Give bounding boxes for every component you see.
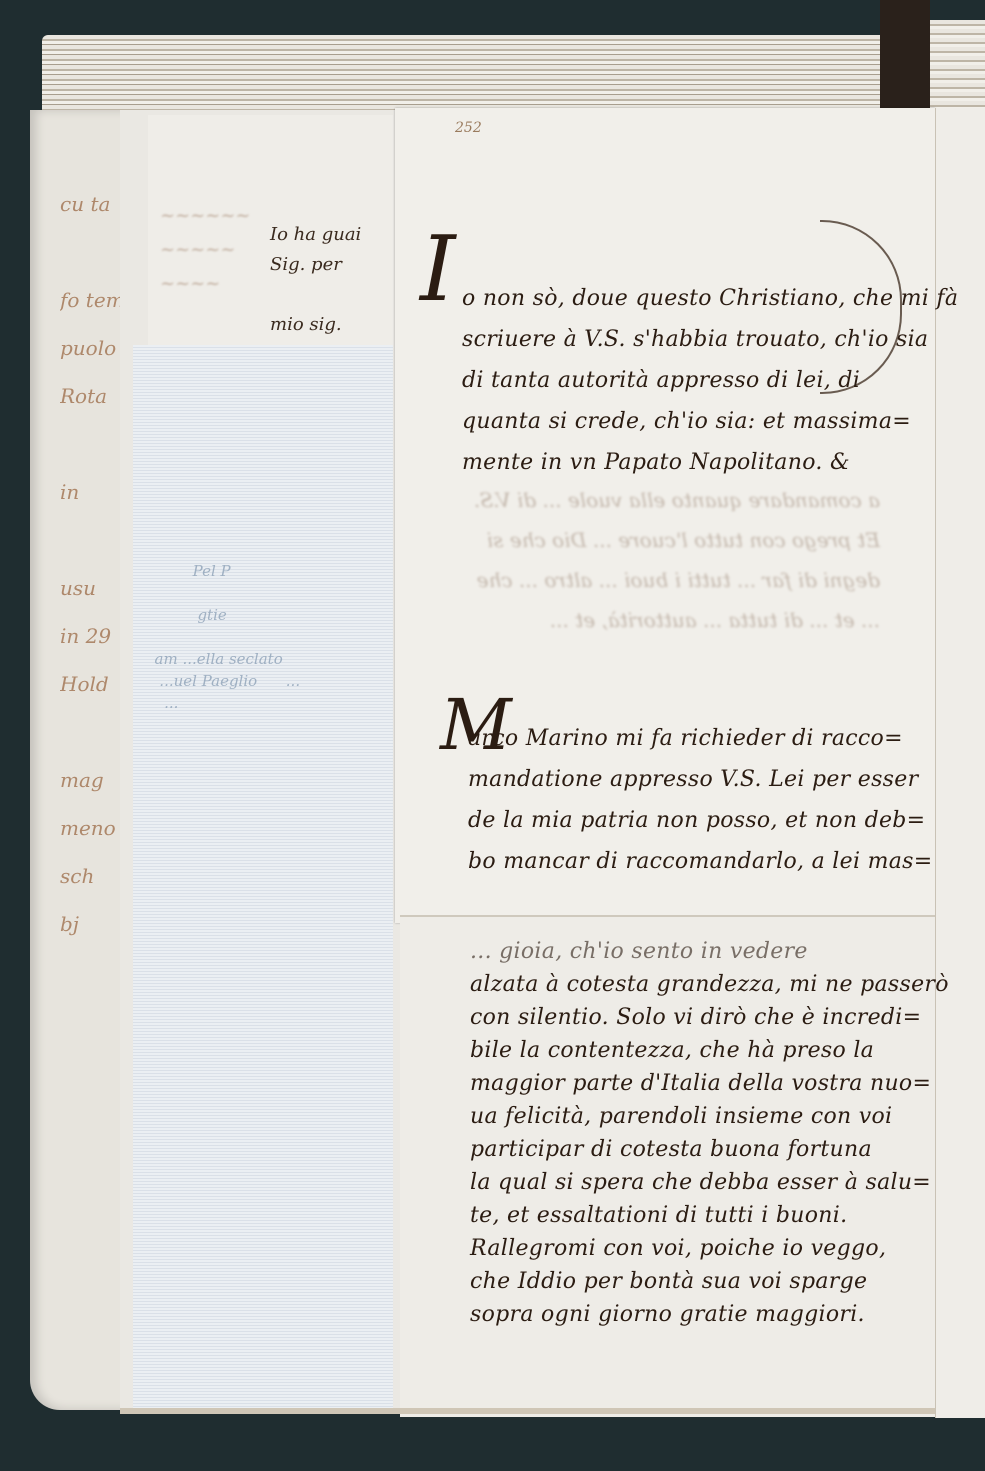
blue-leaf-faint-text: Pel P gtie am ...ella seclato ...uel Pae… xyxy=(145,560,385,714)
facing-volume-edges xyxy=(930,20,985,120)
book-spine xyxy=(880,0,930,120)
slip-bleed-through: ~~~~~~ ~~~~~ ~~~~ xyxy=(160,165,280,301)
page-bottom-edge xyxy=(120,1408,935,1414)
decorated-initial-i: I xyxy=(420,225,456,315)
paragraph-2: arco Marino mi fa richieder di racco=man… xyxy=(468,718,932,882)
bleed-through-text: a comandare quanto ella vuole ... di V.S… xyxy=(460,480,880,640)
paragraph-1: o non sò, doue questo Christiano, che mi… xyxy=(462,278,958,483)
folio-number: 252 xyxy=(455,120,482,136)
lower-paragraph: ... gioia, ch'io sento in vederealzata à… xyxy=(470,935,949,1331)
blue-paper-leaf xyxy=(133,345,393,1410)
